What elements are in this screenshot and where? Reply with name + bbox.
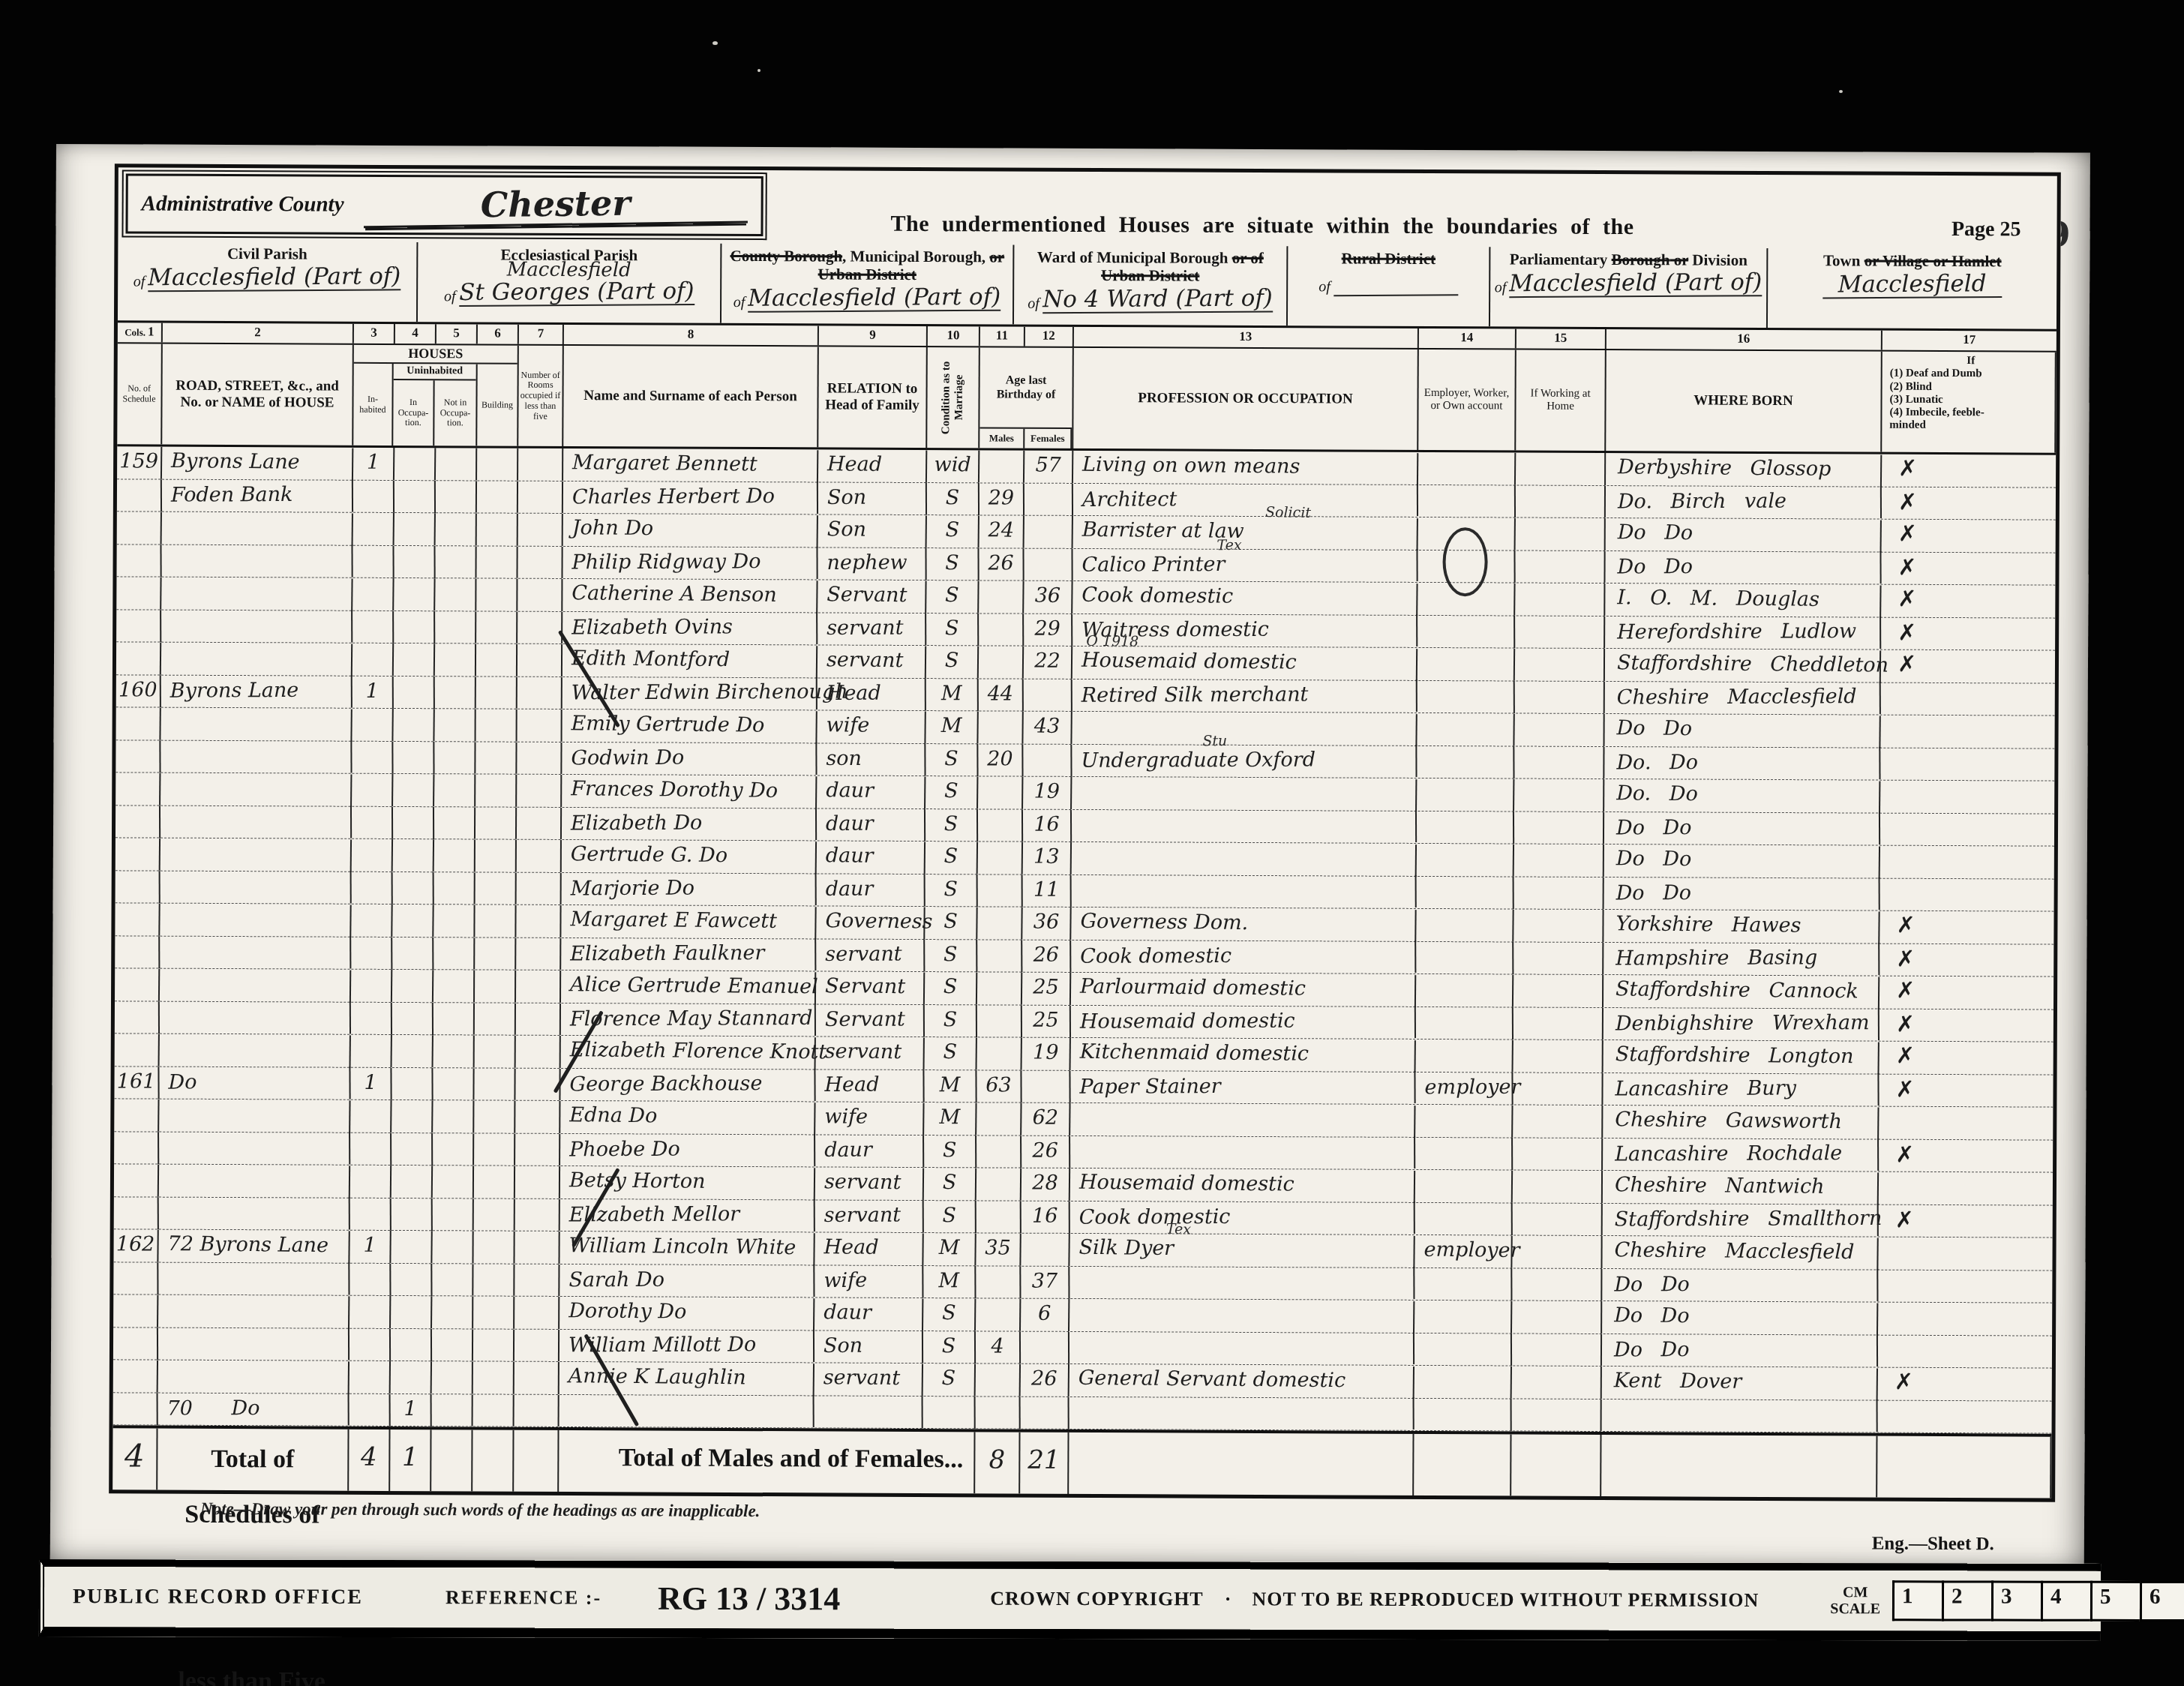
cell-cond: S xyxy=(925,940,977,972)
header-inhabited: In- habited xyxy=(353,364,394,445)
cell-text: Head xyxy=(827,452,882,476)
cell-name: George Backhouse xyxy=(560,1068,815,1101)
cell-unocc xyxy=(394,643,435,676)
cell-prof xyxy=(1069,1266,1414,1300)
cell-f: 25 xyxy=(1022,1005,1071,1037)
cell-x5 xyxy=(432,1296,473,1328)
cell-m xyxy=(976,1135,1021,1168)
cell-f: 19 xyxy=(1023,776,1072,808)
cell-text: Sarah Do xyxy=(568,1267,664,1291)
cell-x7 xyxy=(514,1394,559,1426)
cell-home xyxy=(1514,844,1604,876)
cell-rel: Head xyxy=(815,1069,924,1102)
cell-born: Staffordshire Cannock xyxy=(1603,974,1879,1009)
cell-text: wife xyxy=(826,713,869,737)
cell-inf xyxy=(1881,682,2055,715)
cell-home xyxy=(1514,778,1604,811)
cell-x5 xyxy=(433,1198,474,1231)
cell-x6 xyxy=(476,709,517,741)
field-heading: Parliamentary Borough or Division xyxy=(1490,250,1766,269)
cell-inh xyxy=(352,643,394,676)
cell-x7 xyxy=(517,807,562,839)
cell-text: Housemaid domestic xyxy=(1081,649,1297,674)
cell-text: Denbighshire Wrexham xyxy=(1615,1011,1870,1035)
cell-text: Do Do xyxy=(1616,847,1692,871)
cell-inf: ✗ xyxy=(1879,943,2053,976)
cell-cond: S xyxy=(924,1135,976,1168)
cell-sched xyxy=(117,511,162,544)
sheet-label: Eng.—Sheet D. xyxy=(1872,1534,1994,1555)
cell-text: Staffordshire Cheddleton xyxy=(1617,651,1888,676)
cell-text: servant xyxy=(823,1366,901,1390)
cell-cond: S xyxy=(925,972,977,1004)
cell-m xyxy=(977,1037,1022,1069)
cell-addr xyxy=(159,1197,350,1230)
cell-prof: Calico PrinterTex xyxy=(1072,548,1417,582)
cell-x6 xyxy=(475,774,517,806)
cell-text: Gertrude G. Do xyxy=(571,842,727,867)
cell-m xyxy=(978,809,1023,841)
cell-text: Kitchenmaid domestic xyxy=(1080,1040,1309,1066)
cell-x5 xyxy=(434,872,475,904)
cell-x7 xyxy=(517,676,562,709)
cell-text: Do Do xyxy=(1617,555,1693,578)
cell-text: William Lincoln White xyxy=(568,1234,796,1259)
cell-x6 xyxy=(475,872,517,904)
cell-text: servant xyxy=(824,1170,901,1194)
cell-x6 xyxy=(474,1198,515,1231)
cell-inh xyxy=(349,1296,391,1328)
cell-text: S xyxy=(944,779,958,802)
cell-sched xyxy=(115,936,160,968)
cell-inh xyxy=(352,774,393,806)
cell-prof: Parlourmaid domestic xyxy=(1071,972,1416,1007)
cell-inh xyxy=(352,871,393,904)
cell-f: 26 xyxy=(1021,1363,1069,1396)
cell-x7 xyxy=(517,872,562,904)
cell-sched xyxy=(115,968,160,1000)
cell-f: 29 xyxy=(1024,613,1072,646)
cell-x7 xyxy=(516,970,561,1003)
cell-cond: S xyxy=(925,841,978,874)
cell-sched xyxy=(115,1001,160,1033)
cell-rel: Son xyxy=(814,1330,923,1363)
cell-unocc xyxy=(391,1296,432,1328)
cell-text: S xyxy=(945,649,959,672)
cell-cond xyxy=(923,1396,976,1429)
cell-x7 xyxy=(515,1198,560,1231)
cell-text: 26 xyxy=(1032,1138,1057,1162)
cell-unocc xyxy=(393,709,434,741)
cell-m: 44 xyxy=(979,679,1024,711)
cell-x6 xyxy=(473,1296,514,1328)
cell-home xyxy=(1513,1105,1603,1137)
cell-prof: Housemaid domestic xyxy=(1071,1005,1416,1039)
cell-inf: ✗ xyxy=(1881,552,2055,585)
cell-text: Parlourmaid domestic xyxy=(1080,975,1306,1000)
column-number: 11 xyxy=(980,326,1025,346)
cell-x6 xyxy=(473,1394,514,1426)
cell-born: Do. Birch vale xyxy=(1606,486,1882,519)
cell-rel: Governess xyxy=(816,906,925,939)
cell-prof: Cook domestic xyxy=(1070,1201,1415,1234)
cell-text: 29 xyxy=(1034,616,1060,640)
cell-text: ✗ xyxy=(1897,619,1916,646)
cell-addr xyxy=(159,1164,350,1198)
field-heading: Civil Parish xyxy=(118,244,416,263)
cell-text: servant xyxy=(826,648,904,672)
census-scan: 99 Administrative County Chester The und… xyxy=(0,0,2184,1686)
empty-cell xyxy=(514,1430,559,1492)
cell-cond: S xyxy=(927,483,979,515)
situate-heading: The undermentioned Houses are situate wi… xyxy=(890,211,1850,241)
total-females: 21 xyxy=(1020,1432,1069,1494)
cell-inh xyxy=(351,970,392,1002)
cell-addr xyxy=(160,1001,351,1034)
scale-box: 1 xyxy=(1892,1580,1942,1621)
pen-annotation: Tex xyxy=(1217,538,1242,551)
column-number: 17 xyxy=(1882,331,2056,351)
cell-text: 20 xyxy=(987,747,1012,770)
census-form: Administrative County Chester The underm… xyxy=(109,163,2061,1501)
cell-inf: ✗ xyxy=(1882,487,2056,520)
cell-cond: wid xyxy=(927,450,979,482)
cell-name: Annie K Laughlin xyxy=(559,1361,814,1396)
column-number: 13 xyxy=(1074,327,1419,348)
cell-text: servant xyxy=(824,1203,901,1226)
cell-emp xyxy=(1416,974,1513,1007)
cell-text: Do. Do xyxy=(1616,751,1698,774)
cell-text: ✗ xyxy=(1896,1042,1915,1069)
cell-cond: S xyxy=(924,1201,976,1233)
cell-m xyxy=(976,1168,1021,1200)
cell-sched xyxy=(113,1294,158,1327)
cell-emp xyxy=(1417,583,1515,616)
scan-speck xyxy=(1839,90,1843,93)
cell-name: Dorothy Do xyxy=(559,1296,814,1330)
cell-text: Servant xyxy=(825,1007,905,1030)
cell-text: ✗ xyxy=(1895,1076,1914,1102)
cell-x7 xyxy=(515,1133,560,1165)
cell-text: Walter Edwin Birchenough xyxy=(571,679,848,704)
header-schedule: No. of Schedule xyxy=(117,343,163,444)
cell-text: 1 xyxy=(367,451,379,474)
cell-prof: Housemaid domesticO 1918 xyxy=(1072,646,1417,681)
scale-box: 2 xyxy=(1942,1580,1991,1621)
column-number: Cols.1 xyxy=(118,322,163,342)
cell-unocc xyxy=(392,1035,433,1067)
cell-prof xyxy=(1072,841,1417,877)
cell-born: Do Do xyxy=(1606,517,1882,552)
cell-text: 26 xyxy=(1033,943,1059,966)
cell-text: 36 xyxy=(1035,584,1061,607)
cell-text: M xyxy=(939,1105,960,1129)
cell-text: ✗ xyxy=(1896,946,1915,972)
cell-home xyxy=(1512,1300,1602,1333)
cell-text: Betsy Horton xyxy=(569,1168,706,1193)
column-headers: No. of Schedule ROAD, STREET, &c., and N… xyxy=(117,343,2056,454)
cell-cond: M xyxy=(924,1070,976,1102)
of-label: of xyxy=(444,288,456,305)
cell-emp xyxy=(1416,1039,1513,1072)
cell-text: S xyxy=(943,1138,957,1162)
cell-text: Byrons Lane xyxy=(171,449,300,474)
cell-emp xyxy=(1417,615,1515,647)
cell-f: 6 xyxy=(1021,1298,1069,1330)
cell-x5 xyxy=(435,611,476,643)
cell-inf xyxy=(1880,748,2054,781)
cell-addr xyxy=(161,642,352,676)
column-number: 2 xyxy=(163,323,354,343)
cell-inf xyxy=(1879,1171,2053,1205)
cell-f xyxy=(1024,548,1072,580)
cell-text: ✗ xyxy=(1894,1369,1913,1395)
cell-prof xyxy=(1072,711,1417,746)
cell-text: Living on own means xyxy=(1082,453,1300,478)
cell-text: 19 xyxy=(1033,780,1060,803)
cell-x5 xyxy=(433,937,475,970)
cell-m xyxy=(977,1005,1022,1037)
cell-x5 xyxy=(435,643,476,676)
cell-cond: S xyxy=(923,1298,976,1330)
cell-unocc xyxy=(394,480,436,512)
cell-x7 xyxy=(517,742,562,774)
cell-m xyxy=(978,841,1023,874)
cell-born: Do. Do xyxy=(1604,778,1880,813)
cell-name: Walter Edwin Birchenough xyxy=(562,676,817,709)
cell-inf: ✗ xyxy=(1879,1041,2053,1075)
field-value: Macclesfield xyxy=(1822,271,2002,298)
header-age-group: Age last Birthday of Males Females xyxy=(979,347,1074,448)
cell-home xyxy=(1514,811,1604,844)
cell-unocc xyxy=(392,970,433,1002)
cell-text: Elizabeth Faulkner xyxy=(570,941,764,965)
cell-emp: employer xyxy=(1415,1072,1513,1104)
cell-born: Kent Dover xyxy=(1602,1366,1878,1400)
cell-emp xyxy=(1417,745,1514,778)
cell-x6 xyxy=(474,1133,515,1165)
cell-text: 6 xyxy=(1038,1302,1051,1325)
cell-f: 26 xyxy=(1022,940,1071,972)
cell-sched xyxy=(115,838,160,870)
cell-text: Do Do xyxy=(1618,520,1693,544)
cell-sched xyxy=(113,1393,158,1425)
cell-text: 19 xyxy=(1033,1041,1059,1064)
cell-text: S xyxy=(942,1301,956,1324)
cell-unocc xyxy=(392,1002,433,1034)
cell-text: daur xyxy=(826,778,874,802)
cell-unocc xyxy=(391,1328,432,1360)
cell-text: Do Do xyxy=(1616,881,1692,904)
cell-x6 xyxy=(477,513,518,545)
empty-cell xyxy=(1877,1436,2051,1498)
cell-x5 xyxy=(434,807,475,839)
cell-text: S xyxy=(945,551,959,574)
cell-unocc xyxy=(391,1165,433,1198)
cell-x5 xyxy=(434,774,475,806)
cell-born: Do. Do xyxy=(1604,747,1880,780)
cell-cond: S xyxy=(926,613,979,646)
cell-x6 xyxy=(475,937,516,970)
cell-text: 36 xyxy=(1033,910,1060,934)
cell-prof: Cook domestic xyxy=(1071,940,1416,973)
administrative-county-label: Administrative County xyxy=(142,191,344,217)
cell-emp xyxy=(1417,713,1514,746)
cell-name: Phoebe Do xyxy=(560,1133,815,1166)
cell-text: S xyxy=(944,812,958,835)
cell-sched xyxy=(117,479,162,511)
cell-name xyxy=(559,1394,814,1427)
cell-text: Phoebe Do xyxy=(569,1137,680,1161)
cell-addr xyxy=(159,1132,350,1165)
cell-sched xyxy=(115,740,160,772)
cell-x7 xyxy=(514,1231,559,1264)
cell-text: ✗ xyxy=(1898,489,1917,515)
infirmity-line: (4) Imbecile, feeble- xyxy=(1889,406,1984,420)
cell-inf: ✗ xyxy=(1879,1204,2053,1237)
cell-m xyxy=(979,646,1024,678)
cell-sched xyxy=(116,577,161,609)
cell-addr xyxy=(162,511,353,545)
cell-text: 1 xyxy=(366,679,379,702)
pen-annotation: Solicit xyxy=(1265,505,1311,520)
column-number: 9 xyxy=(819,325,928,346)
cell-text: 72 Byrons Lane xyxy=(167,1232,328,1257)
cell-sched: 160 xyxy=(116,675,161,707)
cell-home xyxy=(1513,1203,1603,1235)
cell-inf xyxy=(1880,878,2054,911)
pen-annotation: Tex xyxy=(1166,1222,1191,1236)
cell-text: M xyxy=(938,1269,959,1292)
cell-m: 63 xyxy=(976,1070,1021,1102)
page-number: Page 25 xyxy=(1951,217,2021,241)
cell-name: Elizabeth Mellor xyxy=(560,1198,815,1231)
cell-rel: Servant xyxy=(817,580,926,613)
cell-home xyxy=(1514,746,1604,778)
cell-rel: Head xyxy=(814,1232,923,1265)
cell-addr xyxy=(158,1360,349,1393)
header-houses-group: HOUSES In- habited Uninhabited In Occupa… xyxy=(353,345,519,446)
cell-unocc xyxy=(393,806,434,838)
column-number: 16 xyxy=(1606,329,1882,350)
cell-inh xyxy=(351,904,392,937)
cell-text: 57 xyxy=(1035,454,1061,477)
column-number: 7 xyxy=(519,325,564,344)
infirmity-line: (2) Blind xyxy=(1890,380,1932,393)
cell-inh xyxy=(349,1328,391,1360)
administrative-county-value: Chester xyxy=(363,183,748,228)
cell-home xyxy=(1516,485,1606,517)
scale-box: 6 xyxy=(2140,1581,2184,1621)
cell-emp xyxy=(1418,452,1516,485)
cell-text: S xyxy=(943,1171,957,1194)
cell-f: 62 xyxy=(1021,1102,1070,1135)
cell-emp xyxy=(1414,1333,1512,1365)
cell-x5 xyxy=(435,546,476,578)
cell-x5 xyxy=(432,1231,473,1263)
column-number: 15 xyxy=(1516,328,1606,349)
cell-inf: ✗ xyxy=(1881,649,2055,683)
cell-prof: Governess Dom. xyxy=(1071,907,1416,942)
cell-x7 xyxy=(517,579,562,611)
cell-rel: daur xyxy=(815,1135,924,1167)
cell-unocc xyxy=(391,1067,433,1099)
header-employer: Employer, Worker, or Own account xyxy=(1418,349,1516,451)
field-value: St Georges (Part of) xyxy=(459,278,694,307)
cell-inh xyxy=(352,709,393,741)
cell-born: Cheshire Macclesfield xyxy=(1602,1235,1878,1270)
cell-home xyxy=(1512,1235,1602,1267)
field-value-above: Macclesfield xyxy=(418,262,720,278)
cell-x7 xyxy=(517,611,562,643)
cell-text: Foden Bank xyxy=(171,482,293,506)
cell-sched xyxy=(116,642,161,674)
cell-x7 xyxy=(514,1297,559,1329)
cell-text: Derbyshire Glossop xyxy=(1618,455,1831,481)
cell-home xyxy=(1512,1268,1602,1300)
cell-home xyxy=(1513,909,1603,941)
cell-text: Godwin Do xyxy=(571,745,684,769)
cell-x5 xyxy=(433,970,475,1002)
cell-emp xyxy=(1417,680,1515,712)
cell-text: Son xyxy=(827,517,866,541)
cell-text: servant xyxy=(825,1039,902,1063)
cell-cond: M xyxy=(925,711,978,743)
cell-m xyxy=(976,1298,1021,1330)
cell-emp xyxy=(1416,909,1513,942)
scale-box: 4 xyxy=(2041,1581,2090,1621)
cell-home xyxy=(1513,1007,1603,1039)
header-infirmity: If(1) Deaf and Dumb(2) Blind(3) Lunatic(… xyxy=(1882,352,2056,453)
header-males: Males xyxy=(979,428,1024,448)
cell-inh xyxy=(350,1165,391,1198)
cell-x5 xyxy=(434,742,475,774)
cell-sched xyxy=(116,610,161,642)
cell-sched xyxy=(115,707,160,739)
cell-rel: Servant xyxy=(816,971,925,1004)
cell-text: S xyxy=(943,877,958,901)
cell-home xyxy=(1515,616,1605,648)
cell-name: Margaret Bennett xyxy=(563,448,818,482)
cell-text: ✗ xyxy=(1897,651,1916,677)
total-males: 8 xyxy=(975,1432,1020,1493)
total-males-females-label: Total of Males and of Females... xyxy=(559,1430,975,1493)
cell-text: Cook domestic xyxy=(1080,943,1231,967)
cell-text: 35 xyxy=(985,1236,1011,1259)
cell-addr: Byrons Lane xyxy=(162,446,353,480)
cell-text: S xyxy=(943,1008,958,1031)
cell-x7 xyxy=(516,905,561,937)
header-females: Females xyxy=(1024,429,1072,448)
cell-name: Gertrude G. Do xyxy=(562,839,817,874)
cell-text: M xyxy=(940,1073,961,1096)
cell-unocc xyxy=(391,1231,432,1263)
scale-box: 3 xyxy=(1991,1581,2041,1621)
cell-x5 xyxy=(434,839,475,871)
infirmity-line: If xyxy=(1966,355,1975,367)
separator-dot: · xyxy=(1225,1588,1231,1610)
cell-f xyxy=(1021,1331,1069,1363)
header-at-home: If Working at Home xyxy=(1516,349,1606,451)
cell-name: Emily Gertrude Do xyxy=(562,709,817,743)
document-page: 99 Administrative County Chester The und… xyxy=(50,144,2090,1569)
cell-text: Hampshire Basing xyxy=(1615,946,1817,970)
cell-x6 xyxy=(474,1165,515,1198)
of-label: of xyxy=(1495,280,1507,297)
cell-emp xyxy=(1414,1300,1512,1333)
cell-x7 xyxy=(517,709,562,742)
cell-unocc xyxy=(391,1100,433,1132)
